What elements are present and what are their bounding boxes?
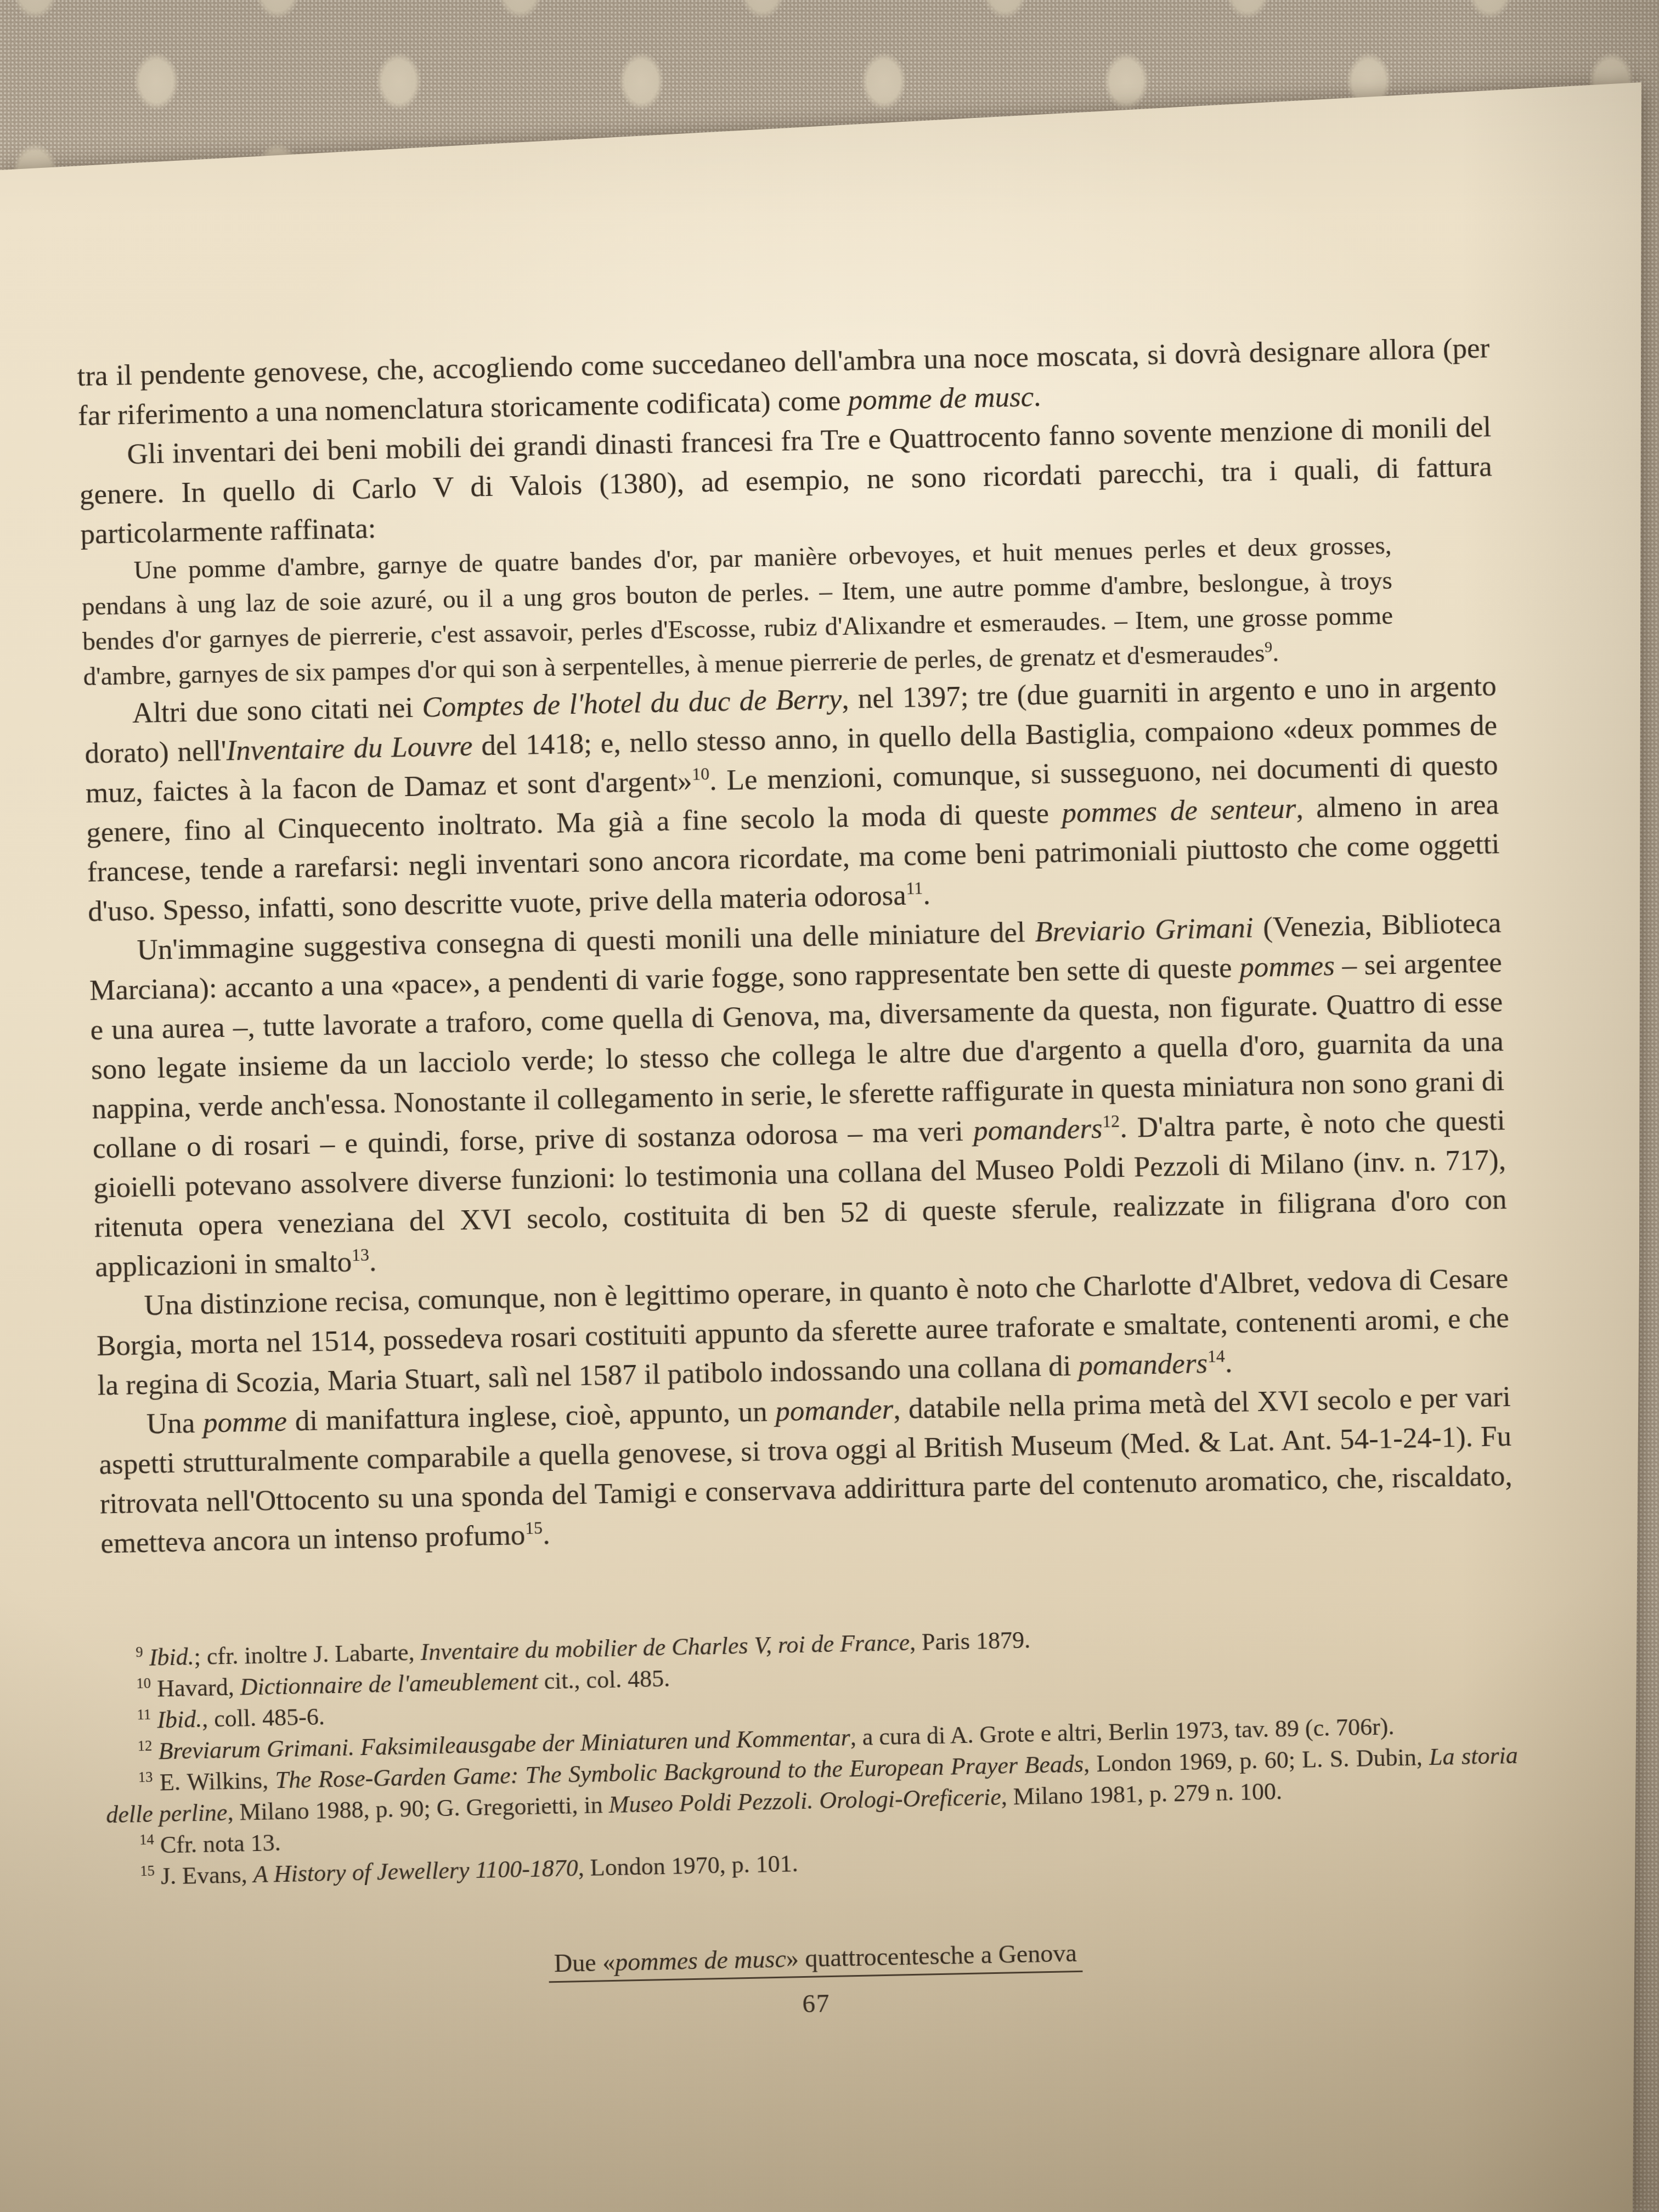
book-page: tra il pendente genovese, che, accoglien… (0, 0, 1659, 2212)
footnotes-section: 9 Ibid.; cfr. inoltre J. Labarte, Invent… (103, 1615, 1520, 1893)
block-quote: Une pomme d'ambre, garnye de quatre band… (81, 528, 1394, 695)
running-footer-text: Due «pommes de musc» quattrocentesche a … (548, 1939, 1082, 1983)
paragraph: Altri due sono citati nei Comptes de l'h… (83, 666, 1500, 932)
paragraph: Un'immagine suggestiva consegna di quest… (88, 903, 1508, 1287)
paragraph: Una pomme di manifattura inglese, cioè, … (98, 1377, 1513, 1564)
book-page-wrapper: tra il pendente genovese, che, accoglien… (0, 0, 1659, 2212)
main-text: tra il pendente genovese, che, accoglien… (77, 328, 1514, 1563)
text-column: tra il pendente genovese, che, accoglien… (77, 328, 1523, 2033)
page-number: 67 (110, 1975, 1523, 2033)
running-footer: Due «pommes de musc» quattrocentesche a … (109, 1929, 1522, 1987)
